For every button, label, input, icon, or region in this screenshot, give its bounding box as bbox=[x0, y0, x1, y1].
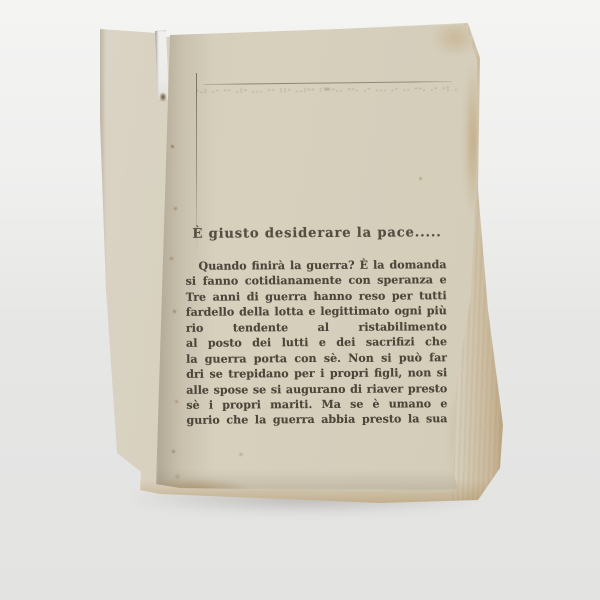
paragraph-line: alle spose se si augurano di riaver pres… bbox=[186, 381, 447, 398]
paragraph-line: Tre anni di guerra hanno reso per tutti … bbox=[186, 288, 447, 305]
photo-scene: -.: .- -- .:- ... -- ::- ..:-- :=-.. --.… bbox=[0, 0, 600, 600]
paragraph-line: gurio che la guerra abbia presto la sua … bbox=[186, 412, 447, 429]
staple-slit-dark-spot bbox=[159, 92, 167, 102]
bleedthrough-text-band: -.: .- -- .:- ... -- ::- ..:-- :=-.. --.… bbox=[196, 84, 458, 97]
left-page-edge-rim bbox=[98, 28, 108, 458]
body-paragraph: Quando finirà la guerra? È la domanda ch… bbox=[185, 257, 447, 428]
paragraph-line: Quando finirà la guerra? È la domanda ch… bbox=[185, 257, 446, 274]
paragraph-line: sè i propri mariti. Ma se è umano e legi… bbox=[186, 396, 447, 413]
paragraph-line: la guerra porta con sè. Non si può far c… bbox=[186, 350, 447, 367]
paragraph-line: al posto dei lutti e dei sacrifizi che n… bbox=[186, 334, 447, 351]
paragraph-line: rio tendente al ristabilimento dell'oper… bbox=[186, 319, 447, 336]
chapter-title: È giusto desiderare la pace..... bbox=[186, 225, 448, 242]
paragraph-line: fardello della lotta e legittimato ogni … bbox=[186, 304, 447, 321]
paragraph-line: si fanno cotidianamente con speranza e c… bbox=[186, 273, 447, 290]
paragraph-line: dri se trepidano per i propri figli, non… bbox=[186, 365, 447, 382]
